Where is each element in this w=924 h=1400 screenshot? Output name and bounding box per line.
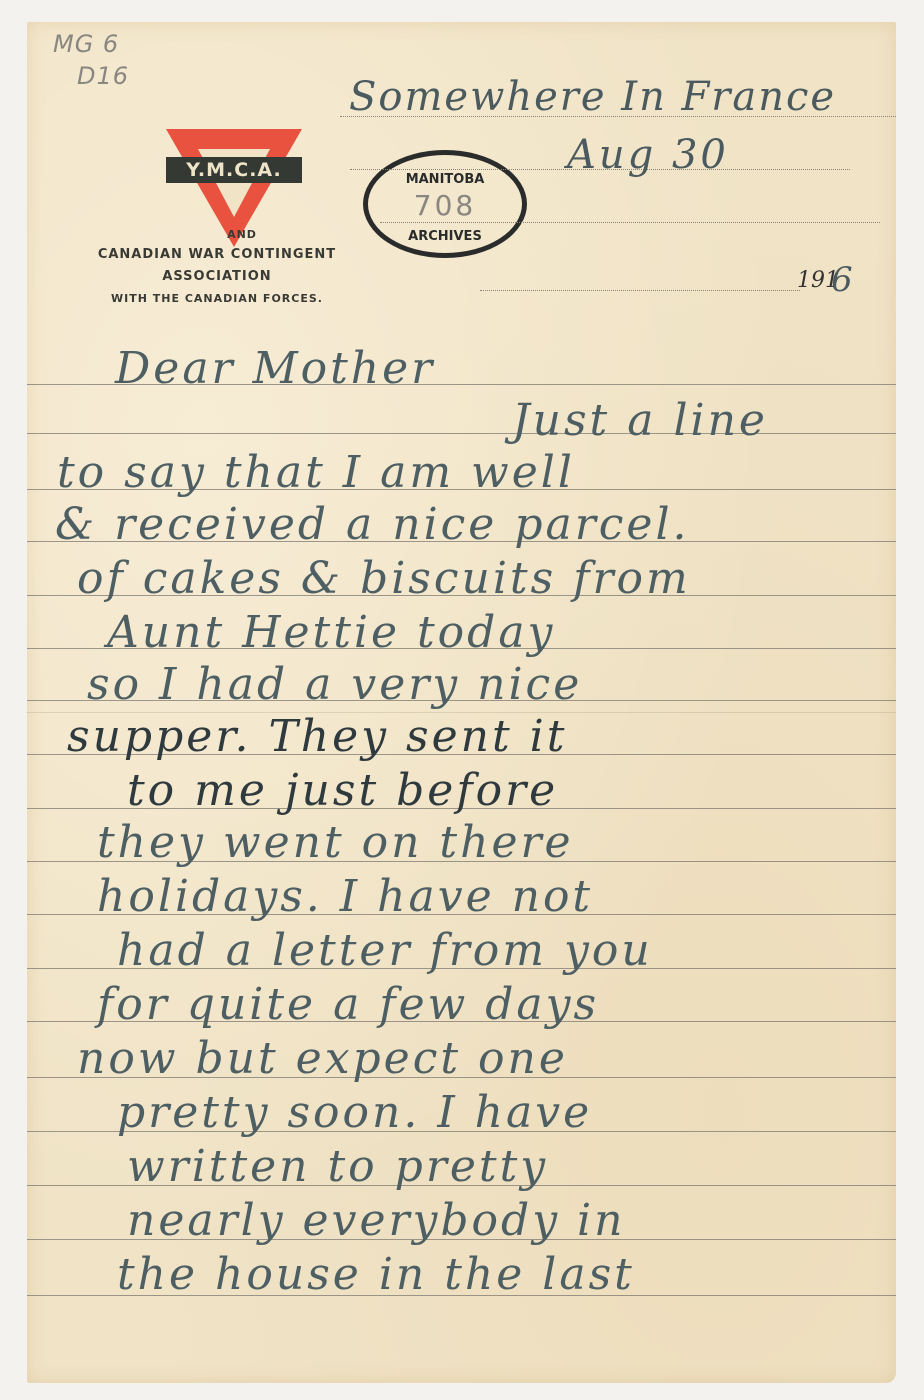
manitoba-archives-stamp: MANITOBA 708 ARCHIVES (363, 150, 527, 258)
blank-line (380, 222, 880, 223)
letter-line: written to pretty (127, 1142, 548, 1192)
stamp-number: 708 (368, 189, 522, 222)
stamp-top-text: MANITOBA (368, 172, 522, 187)
letter-line: Aunt Hettie today (107, 608, 555, 658)
letter-line: now but expect one (77, 1034, 568, 1084)
letter-line: had a letter from you (117, 926, 653, 976)
letter-line: pretty soon. I have (117, 1088, 592, 1138)
letter-line: of cakes & biscuits from (77, 554, 691, 604)
letter-line: holidays. I have not (97, 872, 593, 922)
place-text: Somewhere In France (349, 74, 836, 120)
letter-page: MG 6 D16 Y.M.C.A. AND CANADIAN WAR CONTI… (27, 22, 896, 1383)
letter-line: they went on there (97, 818, 574, 868)
letterhead-and: AND (82, 228, 402, 241)
letter-line: nearly everybody in (127, 1196, 625, 1246)
year-line (480, 290, 800, 291)
letterhead-org-line1: CANADIAN WAR CONTINGENT (57, 247, 377, 262)
letter-line: so I had a very nice (87, 660, 582, 710)
letter-line: & received a nice parcel. (55, 500, 690, 550)
salutation: Dear Mother (115, 344, 435, 394)
ymca-band: Y.M.C.A. (166, 157, 302, 183)
letterhead-org-line3: WITH THE CANADIAN FORCES. (57, 292, 377, 305)
letterhead-org-line2: ASSOCIATION (57, 269, 377, 284)
letter-line: Just a line (512, 396, 768, 446)
archive-reference-line1: MG 6 (53, 30, 119, 58)
date-text: Aug 30 (567, 132, 729, 178)
archive-reference-line2: D16 (77, 62, 129, 90)
letter-line: to me just before (127, 766, 558, 816)
stamp-bottom-text: ARCHIVES (368, 229, 522, 244)
letter-line: supper. They sent it (67, 712, 567, 762)
letter-line: to say that I am well (57, 448, 575, 498)
year-handwritten: 6 (831, 260, 853, 300)
letter-line: the house in the last (117, 1250, 635, 1300)
letter-line: for quite a few days (97, 980, 599, 1030)
